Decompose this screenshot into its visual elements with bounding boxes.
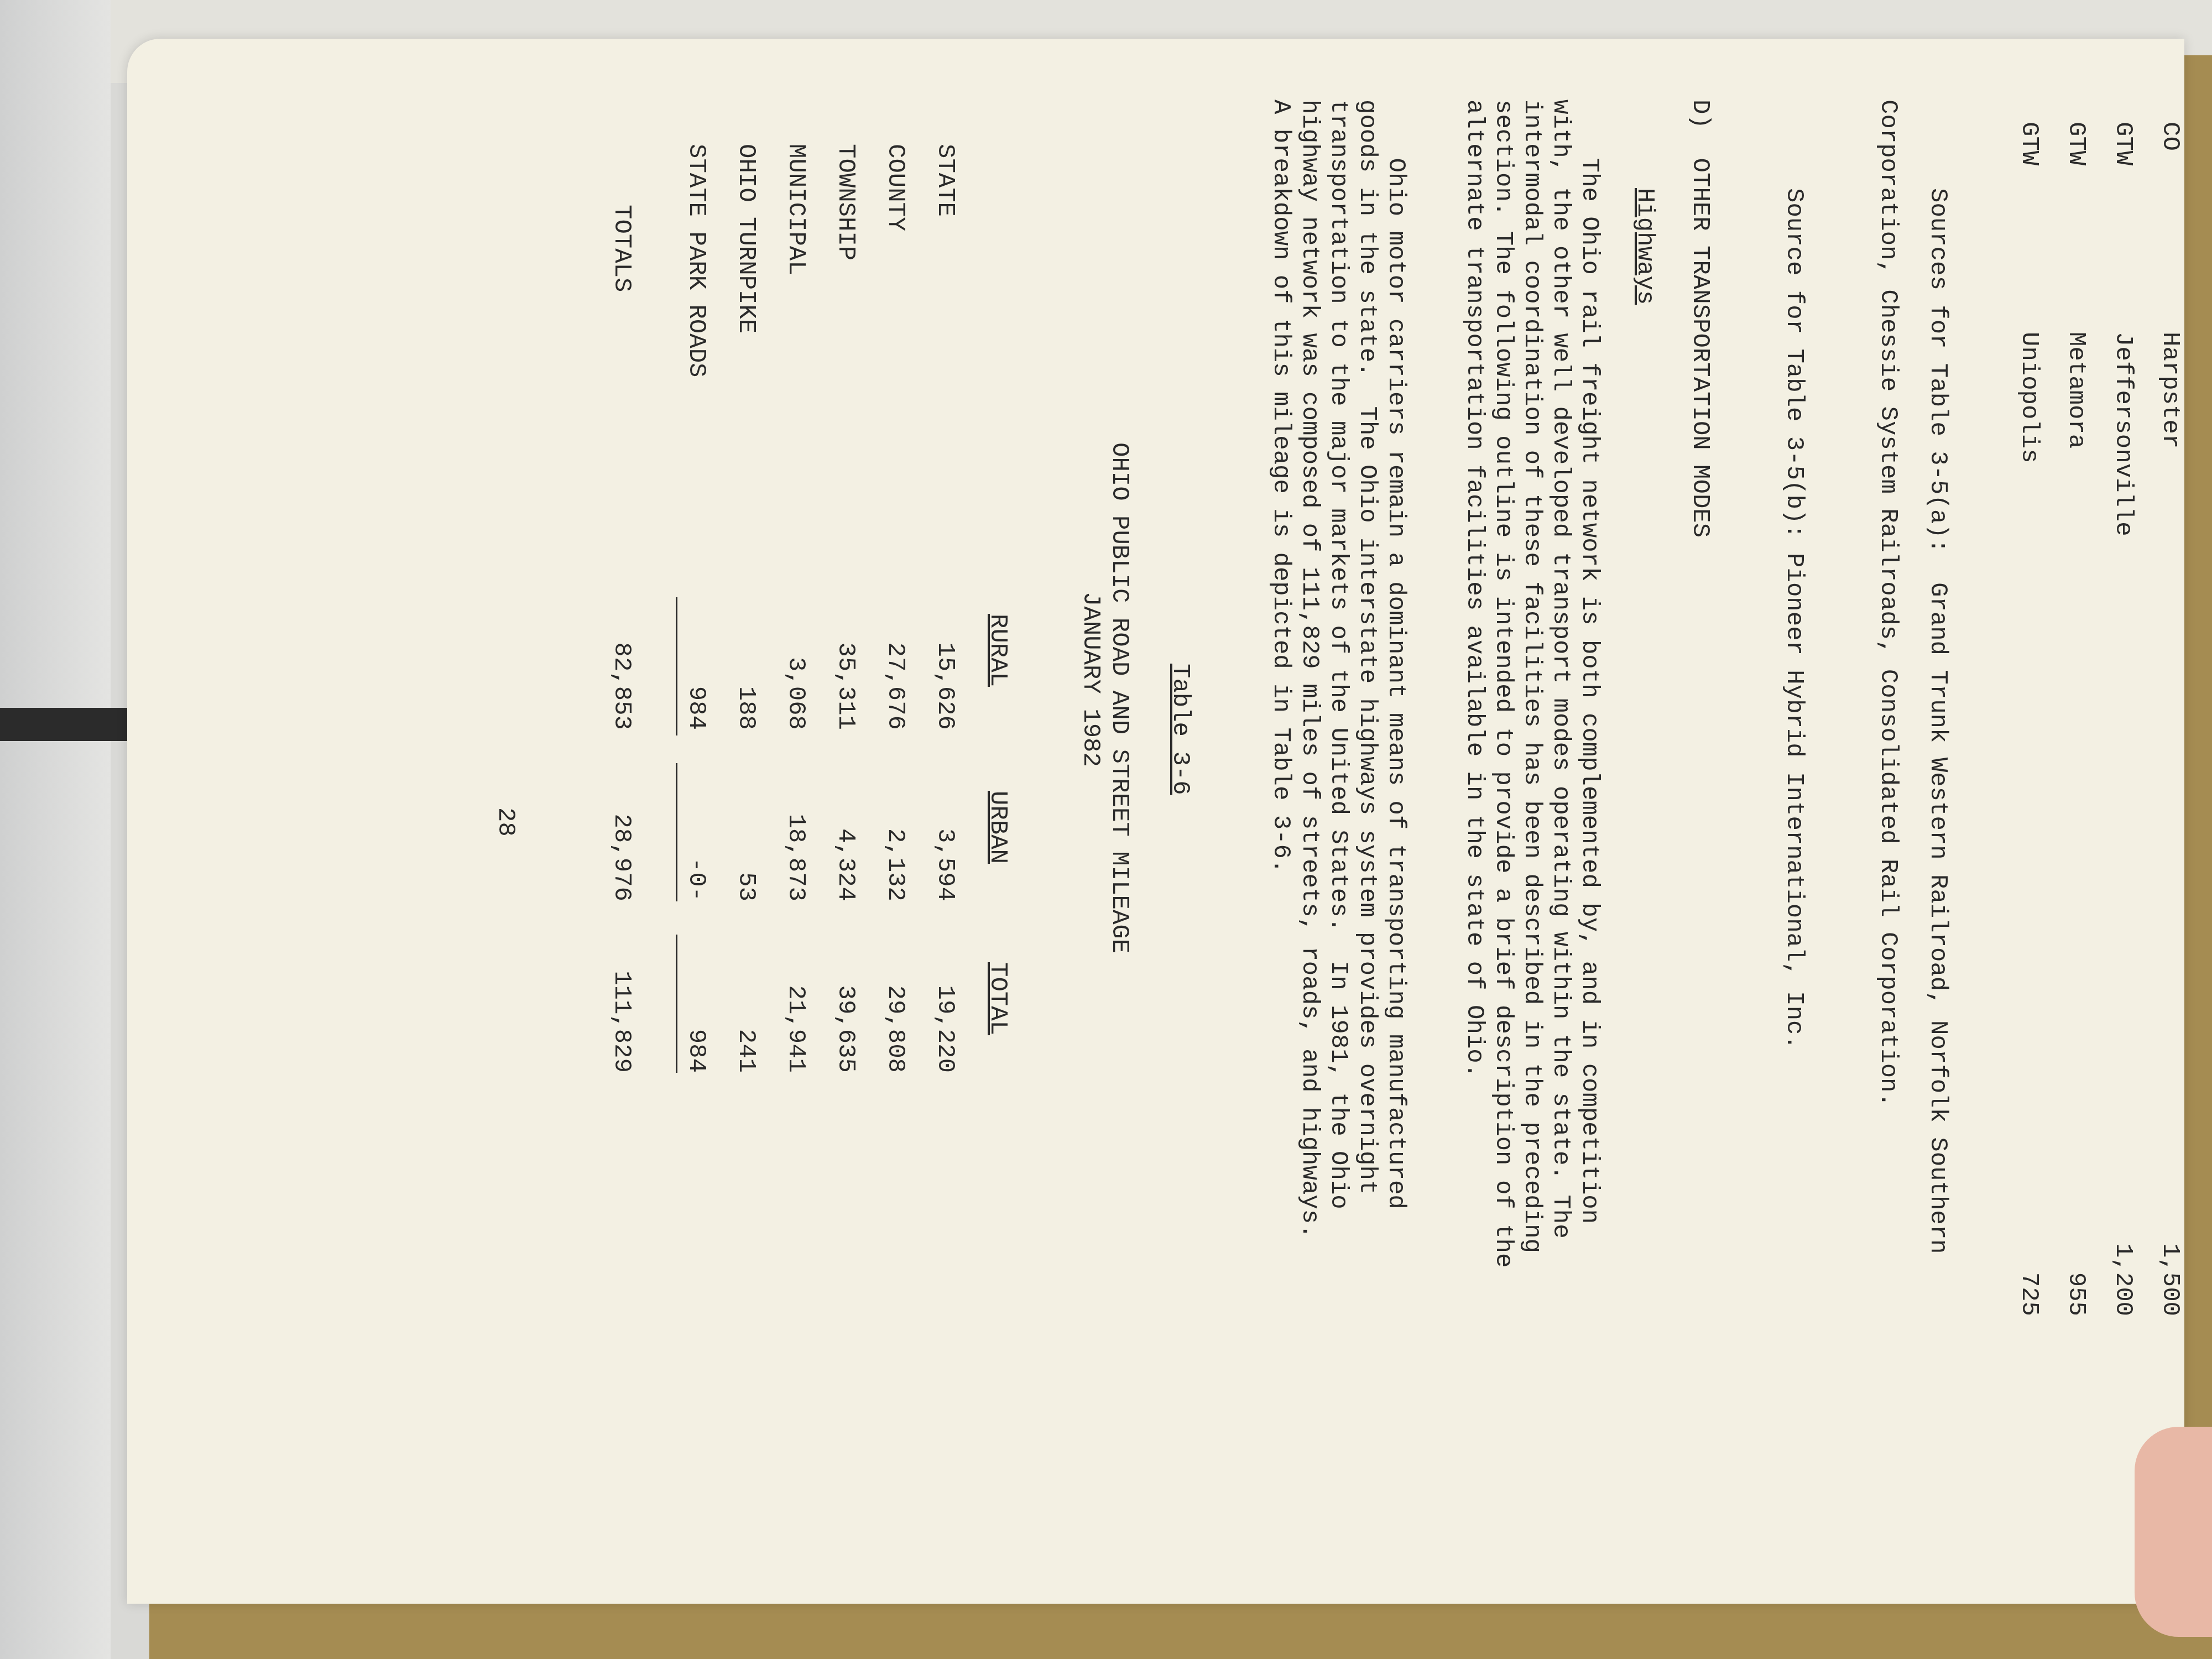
total-urban: 28,976 bbox=[607, 758, 636, 901]
para1-line: intermodal coordination of these facilit… bbox=[1517, 100, 1546, 1253]
para2-line: A breakdown of this mileage is depicted … bbox=[1266, 100, 1295, 873]
background-left bbox=[0, 0, 111, 1659]
cell-rural: 188 bbox=[732, 586, 760, 730]
rail-code: CO bbox=[2156, 122, 2184, 151]
subtotal-rule-rural bbox=[676, 597, 677, 735]
cell-total: 19,220 bbox=[931, 929, 959, 1073]
rail-value: 725 bbox=[2015, 1150, 2043, 1316]
para1-line: with, the other well developed transport… bbox=[1546, 100, 1575, 1239]
cell-total: 21,941 bbox=[781, 929, 810, 1073]
rail-code: GTW bbox=[2062, 122, 2090, 165]
table-title: OHIO PUBLIC ROAD AND STREET MILEAGE bbox=[1105, 442, 1134, 953]
rail-place: Jeffersonville bbox=[2109, 332, 2137, 536]
binder-clip bbox=[0, 708, 127, 741]
cell-urban: 53 bbox=[732, 758, 760, 901]
row-label: MUNICIPAL bbox=[781, 144, 810, 275]
para2-line: highway network was composed of 111,829 … bbox=[1295, 100, 1324, 1239]
cell-urban: 2,132 bbox=[881, 758, 910, 901]
cell-urban: -0- bbox=[682, 758, 711, 901]
total-rural: 82,853 bbox=[607, 586, 636, 730]
cell-rural: 15,626 bbox=[931, 586, 959, 730]
cell-total: 39,635 bbox=[831, 929, 860, 1073]
row-label: STATE PARK ROADS bbox=[682, 144, 711, 377]
cell-rural: 984 bbox=[682, 586, 711, 730]
cell-rural: 3,068 bbox=[781, 586, 810, 730]
para1-line: alternate transportation facilities avai… bbox=[1460, 100, 1489, 1078]
row-label: TOWNSHIP bbox=[831, 144, 860, 260]
cell-rural: 27,676 bbox=[881, 586, 910, 730]
sources-a-line2: Corporation, Chessie System Railroads, C… bbox=[1874, 100, 1902, 1107]
cell-total: 984 bbox=[682, 929, 711, 1073]
subtotal-rule-total bbox=[676, 935, 677, 1073]
para1-line: section. The following outline is intend… bbox=[1489, 100, 1517, 1267]
col-header-urban: URBAN bbox=[983, 791, 1012, 864]
subheading-highways: Highways bbox=[1630, 188, 1659, 305]
cell-urban: 4,324 bbox=[831, 758, 860, 901]
para2-line: Ohio motor carriers remain a dominant me… bbox=[1381, 100, 1410, 1209]
source-b: Source for Table 3-5(b): Pioneer Hybrid … bbox=[1780, 188, 1808, 1050]
rail-place: Metamora bbox=[2062, 332, 2090, 448]
cell-total: 241 bbox=[732, 929, 760, 1073]
total-total: 111,829 bbox=[607, 929, 636, 1073]
col-header-total: TOTAL bbox=[983, 962, 1012, 1035]
rail-value: 1,500 bbox=[2156, 1150, 2184, 1316]
row-label: STATE bbox=[931, 144, 959, 217]
table-subtitle: JANUARY 1982 bbox=[1076, 592, 1105, 767]
col-header-rural: RURAL bbox=[983, 614, 1012, 687]
totals-label: TOTALS bbox=[607, 205, 636, 292]
row-label: COUNTY bbox=[881, 144, 910, 231]
cell-total: 29,808 bbox=[881, 929, 910, 1073]
rail-code: GTW bbox=[2015, 122, 2043, 165]
cell-rural: 35,311 bbox=[831, 586, 860, 730]
rail-value: 955 bbox=[2062, 1150, 2090, 1316]
table-label: Table 3-6 bbox=[1166, 664, 1194, 795]
section-heading: D) OTHER TRANSPORTATION MODES bbox=[1686, 100, 1714, 538]
page-number: 28 bbox=[491, 807, 520, 837]
row-label: OHIO TURNPIKE bbox=[732, 144, 760, 333]
rail-place: Harpster bbox=[2156, 332, 2184, 448]
rail-place: Uniopolis bbox=[2015, 332, 2043, 463]
rail-value: 1,200 bbox=[2109, 1150, 2137, 1316]
page-content: CO Harpster 1,500 GTW Jeffersonville 1,2… bbox=[304, 100, 2184, 1593]
cell-urban: 3,594 bbox=[931, 758, 959, 901]
para2-line: transportation to the major markets of t… bbox=[1324, 100, 1353, 1209]
subtotal-rule-urban bbox=[676, 763, 677, 901]
cell-urban: 18,873 bbox=[781, 758, 810, 901]
rail-code: GTW bbox=[2109, 122, 2137, 165]
sources-a-line1: Sources for Table 3-5(a): Grand Trunk We… bbox=[1923, 188, 1952, 1254]
para2-line: goods in the state. The Ohio interstate … bbox=[1353, 100, 1381, 1194]
para1-line: The Ohio rail freight network is both co… bbox=[1575, 100, 1604, 1224]
